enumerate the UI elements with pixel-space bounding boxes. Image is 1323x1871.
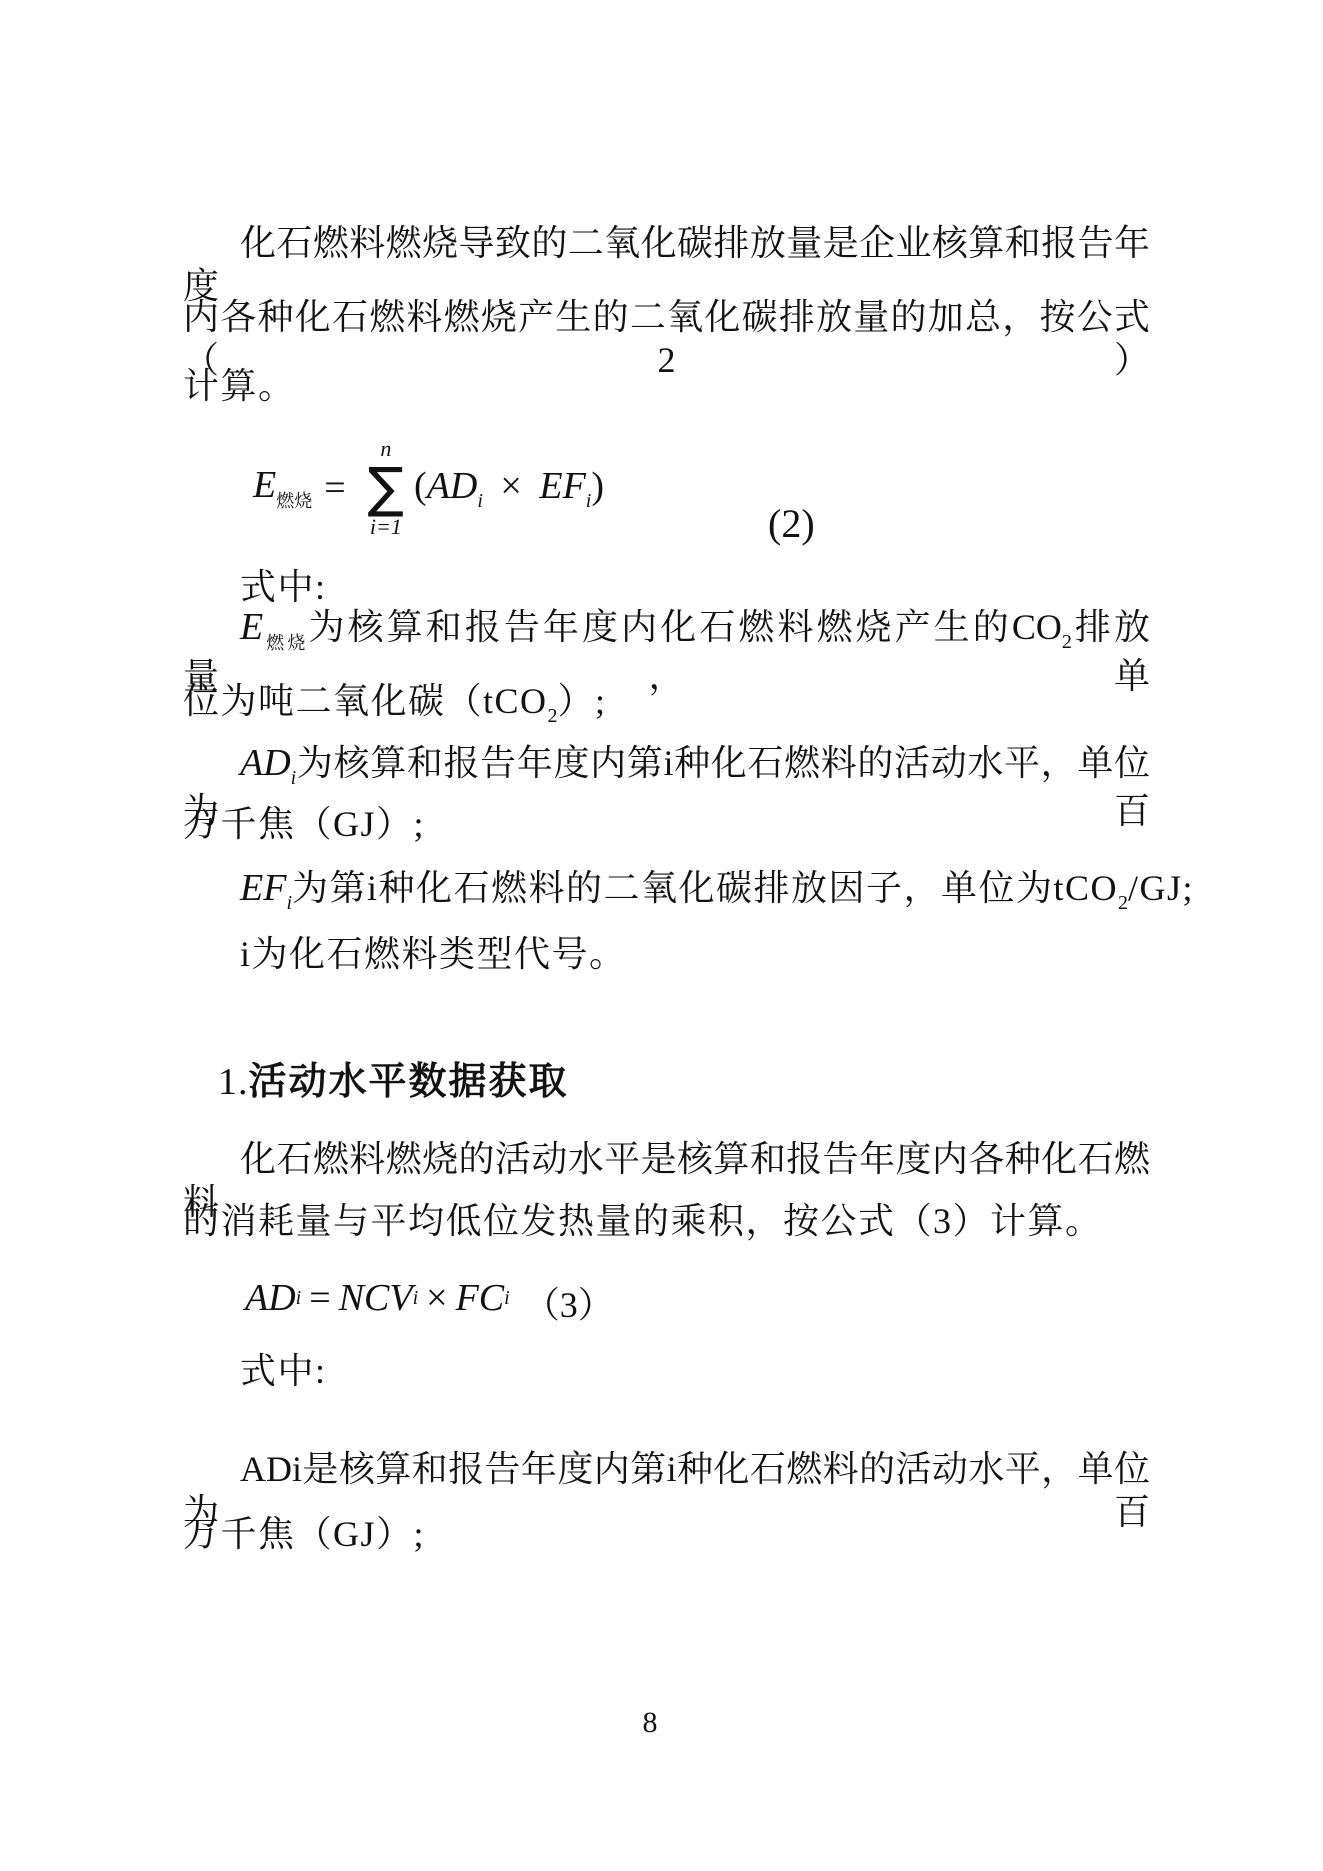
document-page: 化石燃料燃烧导致的二氧化碳排放量是企业核算和报告年度 内各种化石燃料燃烧产生的二…	[0, 0, 1323, 1871]
page-number: 8	[0, 1706, 1300, 1740]
definition-e-line2: 位为吨二氧化碳（tCO2）;	[183, 680, 1150, 728]
paragraph1-line3: 计算。	[183, 365, 1150, 408]
formula2-expression: (ADi × EFi)	[414, 464, 604, 513]
formula2-equals: =	[324, 466, 345, 510]
heading-number: 1.	[218, 1061, 249, 1103]
section-heading: 1.活动水平数据获取	[183, 1050, 569, 1105]
definition-ad-line2: 万千焦（GJ）;	[183, 803, 1150, 846]
heading-text: 活动水平数据获取	[249, 1059, 569, 1103]
formula-2: E燃烧 = n ∑ i=1 (ADi × EFi)	[253, 438, 604, 538]
formula3-number: （3）	[524, 1277, 614, 1328]
sum-symbol: n ∑ i=1	[368, 437, 404, 539]
definition-i: i为化石燃料类型代号。	[183, 933, 1150, 976]
where-clause-2: 式中:	[183, 1350, 1150, 1393]
formula2-lhs: E燃烧	[253, 463, 312, 513]
sum-lower-limit: i=1	[370, 515, 402, 539]
definition-ef: EFi为第i种化石燃料的二氧化碳排放因子，单位为tCO2/GJ;	[183, 866, 1150, 915]
sigma-glyph: ∑	[368, 461, 404, 515]
where-clause-1: 式中:	[183, 566, 1150, 609]
formula-3: ADi = NCVi × FCi （3）	[245, 1268, 614, 1328]
paragraph3-line2: 万千焦（GJ）;	[183, 1513, 1150, 1556]
paragraph2-line2: 的消耗量与平均低位发热量的乘积，按公式（3）计算。	[183, 1200, 1150, 1243]
formula2-number: (2)	[768, 500, 815, 547]
